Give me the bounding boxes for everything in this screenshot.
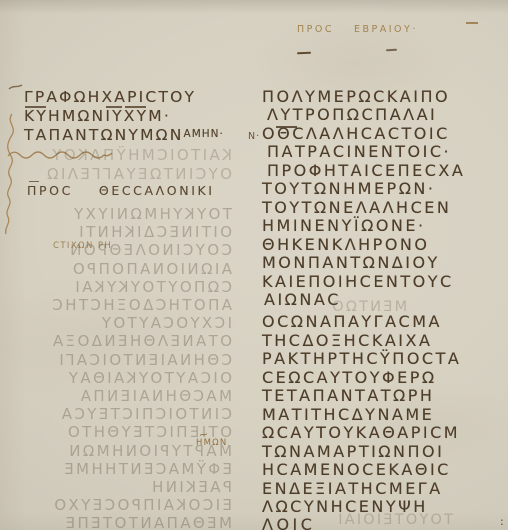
showthrough-lower: ΤΟΥΚΥΗΜΩΝΙΥΧΥΟΙΤΙΝΕCΔΙΚΗΝΤΙCΟΥCΙΝΟΛΕΘΡΟΝ… bbox=[18, 205, 232, 530]
manuscript-line: ΤΗCΔΟΞΗCΚΑΙΧΑ bbox=[262, 332, 508, 350]
ink-mark bbox=[9, 85, 22, 89]
edge-ink-mark: : bbox=[500, 515, 504, 528]
showthrough-upper: ΚΑΙΤΟΙCΜΗΫΠΑΚΟΥΟΥCΙΝΤΩΕΥΑΓΓΕΛΙΩ bbox=[20, 146, 232, 183]
showthrough-line: CΟΥCΙΝΟΛΕΘΡΟΝ bbox=[22, 241, 232, 259]
running-title-word2: ΕΒΡΑΙΟΥ· bbox=[354, 24, 418, 35]
manuscript-line: ΠΟΛΥΜΕΡΩCΚΑΙΠΟ bbox=[262, 88, 508, 106]
manuscript-line-nomina-sacra: ΚΥΗΜΩΝΙΥΧΥΜ· bbox=[24, 107, 224, 126]
manuscript-line: ΕΝΔΕΞΙΑΤΗCΜΕΓΑ bbox=[262, 480, 508, 498]
showthrough-line: ΡΑΕΚΙΝΗ bbox=[27, 478, 232, 496]
manuscript-line: ΓΡΑΦΩΗΧΑΡΙCΤΟΥ bbox=[24, 88, 224, 107]
manuscript-line: ΤΕΤΑΠΑΝΤΑΤΩΡΗ bbox=[262, 387, 508, 405]
word-hmwn: ΗΜΩΝ bbox=[48, 107, 105, 125]
manuscript-line: ΛΥΤΡΟΠΩCΠΑΛΑΙ bbox=[267, 106, 508, 124]
manuscript-line: ΠΑΤΡΑCΙΝΕΝΤΟΙC· bbox=[267, 143, 508, 161]
margin-wave-line bbox=[6, 114, 14, 234]
manuscript-line: ΜΑΤΙΤΗCΔΥΝΑΜΕ bbox=[262, 406, 508, 424]
showthrough-line: ΜΕΘΑΠΑΝΤΟΤΕΠΕ bbox=[22, 514, 232, 530]
showthrough-fragment: ΜΕΝΤΩΟ bbox=[330, 299, 407, 315]
manuscript-line: ΗCΑΜΕΝΟCΕΚΑΘΙC bbox=[262, 461, 508, 479]
manuscript-line: ΤΑΠΑΝΤΩΝΥΜΩΝΑΜΗΝ· bbox=[24, 125, 224, 145]
left-column-closing-text: ΓΡΑΦΩΗΧΑΡΙCΤΟΥ ΚΥΗΜΩΝΙΥΧΥΜ· ΤΑΠΑΝΤΩΝΥΜΩΝ… bbox=[24, 88, 224, 145]
showthrough-line: ΜΑCΘΗΝΑΙΕΝΠΑ bbox=[18, 387, 232, 405]
amen-small-text: ΑΜΗΝ· bbox=[184, 128, 224, 140]
manuscript-line: CΕΩCΑΥΤΟΥΦΕΡΩ bbox=[262, 369, 508, 387]
showthrough-line: ΤΟΥΚΥΗΜΩΝΙΥΧΥ bbox=[18, 205, 232, 223]
showthrough-line: ΟΤΑΝΕΛΘΗΕΝΔΟΞΑ bbox=[27, 332, 232, 350]
manuscript-line: ΤΟΥΤΩΝΕΛΑΛΗCΕΝ bbox=[262, 199, 508, 217]
manuscript-line: ΟCΩΝΑΠΑΥΓΑCΜΑ bbox=[262, 313, 508, 331]
manuscript-line: ΠΡΟΦΗΤΑΙCΕΠΕCΧΑ bbox=[267, 162, 508, 180]
gutter-correction-note: Ν· bbox=[248, 131, 260, 142]
manuscript-page: ΠΡΟC ΕΒΡΑΙΟΥ· ΓΡΑΦΩΗΧΑΡΙCΤΟΥ ΚΥΗΜΩΝΙΥΧΥΜ… bbox=[0, 0, 508, 530]
showthrough-line: ΕΙCΟΚΑΙΠΡΟCΕΥΧΟ bbox=[18, 496, 232, 514]
manuscript-line: ΘΗΚΕΝΚΛΗΡΟΝΟ bbox=[262, 236, 508, 254]
hmwn-correction-note: ΗΜΩΝ bbox=[196, 438, 227, 448]
title-overline-mark bbox=[466, 22, 478, 24]
showthrough-fragment: ΤΟΥΟΤΕΙΟΙΑΙ bbox=[336, 512, 453, 528]
line3-text: ΤΑΠΑΝΤΩΝΥΜΩΝ bbox=[24, 126, 184, 144]
manuscript-line: ΤΟΥΤΩΝΗΜΕΡΩΝ· bbox=[262, 180, 508, 198]
nomen-sacrum-xy: ΧΥ bbox=[124, 107, 149, 125]
showthrough-line: CΙΝΤΟΙCΠΙCΤΕΥCΑ bbox=[22, 405, 232, 423]
showthrough-line: ΙCΧΥΟCΑΥΤΟΥ bbox=[18, 314, 232, 332]
subscription-word1: ΠΡΟC bbox=[27, 183, 73, 198]
showthrough-line: ΚΑΙΤΟΙCΜΗΫΠΑΚΟΥ bbox=[20, 146, 232, 165]
ink-dash bbox=[386, 49, 397, 52]
showthrough-line: CΩΠΟΥΤΟΥΚΥΚΑΙ bbox=[18, 278, 232, 296]
manuscript-line: ΤΩΝΑΜΑΡΤΙΩΝΠΟΙ bbox=[262, 443, 508, 461]
manuscript-line: ΜΟΝΠΑΝΤΩΝΔΙΟΥ bbox=[262, 254, 508, 272]
manuscript-line: ΩCΑΥΤΟΥΚΑΘΑΡΙCΜ bbox=[262, 424, 508, 442]
showthrough-line: ΑΙΩΝΙΟΝΑΠΟΠΡΟ bbox=[27, 260, 232, 278]
nomen-sacrum-ky: ΚΥ bbox=[24, 107, 48, 125]
showthrough-line: ΟΥCΙΝΤΩΕΥΑΓΓΕΛΙΩ bbox=[20, 165, 232, 184]
ink-dash bbox=[297, 52, 311, 54]
word-me: Μ· bbox=[148, 107, 171, 125]
nomen-sacrum-overline bbox=[276, 126, 297, 128]
subscription-title: ΠΡΟC ΘΕCCΑΛΟΝΙΚΙ bbox=[27, 183, 215, 198]
running-title-word1: ΠΡΟC bbox=[297, 24, 334, 35]
showthrough-line: ΟΙΤΙΝΕCΔΙΚΗΝΤΙ bbox=[27, 223, 232, 241]
nomen-sacrum-iy: ΙΥ bbox=[105, 107, 123, 125]
showthrough-line: CΘΗΝΑΙΕΝΤΟΙCΑΓΙ bbox=[22, 351, 232, 369]
running-title: ΠΡΟC ΕΒΡΑΙΟΥ· bbox=[297, 24, 418, 35]
manuscript-line: ΡΑΚΤΗΡΤΗCΫΠΟCΤΑ bbox=[262, 350, 508, 368]
manuscript-line: ΟΘCΛΑΛΗCΑCΤΟΙC bbox=[262, 125, 508, 143]
showthrough-line: ΕΦΫΜΑCΕΝΤΗΗΜΕ bbox=[22, 460, 232, 478]
manuscript-line: ΚΑΙΕΠΟΙΗCΕΝΤΟΥC bbox=[262, 273, 508, 291]
manuscript-line: ΗΜΙΝΕΝΥΪΩΟΝΕ· bbox=[262, 217, 508, 235]
showthrough-line: ΟΙCΑΥΤΟΥΚΑΙΘΑΥ bbox=[27, 369, 232, 387]
subscription-word2: ΘΕCCΑΛΟΝΙΚΙ bbox=[99, 183, 215, 198]
showthrough-line: ΑΠΟΤΗCΔΟΞΗCΤΗC bbox=[22, 296, 232, 314]
